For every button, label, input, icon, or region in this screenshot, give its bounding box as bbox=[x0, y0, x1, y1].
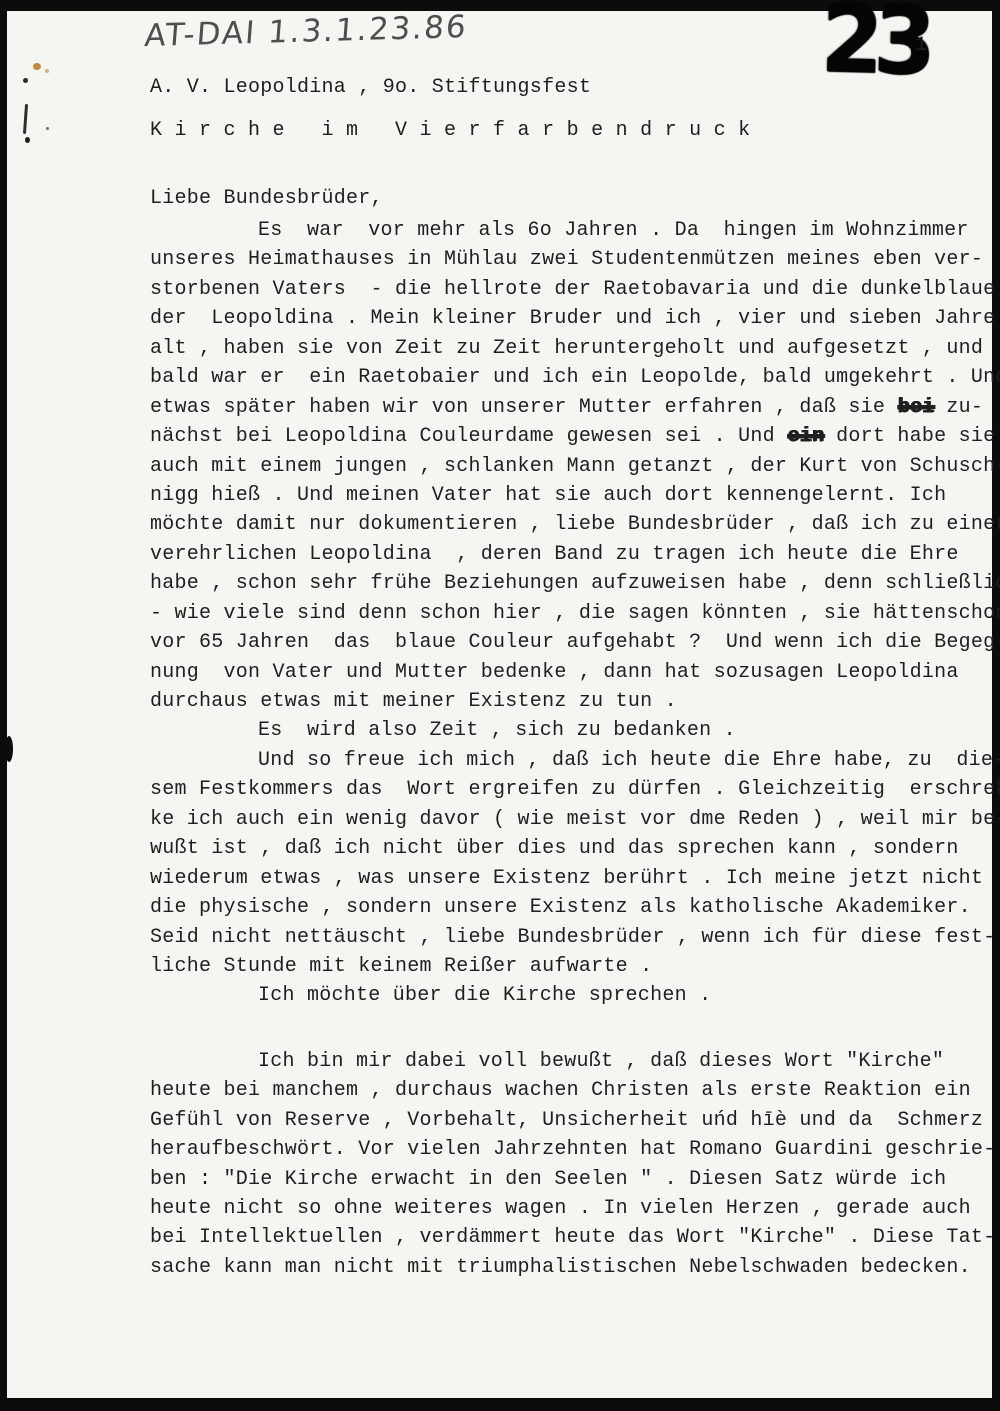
text-line: ke ich auch ein wenig davor ( wie meist … bbox=[150, 805, 998, 834]
text-line: verehrlichen Leopoldina , deren Band zu … bbox=[150, 540, 998, 569]
text-line: durchaus etwas mit meiner Existenz zu tu… bbox=[150, 687, 998, 716]
salutation-line: Liebe Bundesbrüder, bbox=[150, 187, 383, 210]
event-title-line: A. V. Leopoldina , 9o. Stiftungsfest bbox=[150, 76, 591, 99]
text-line: Ich bin mir dabei voll bewußt , daß dies… bbox=[150, 1047, 998, 1076]
scan-edge-left bbox=[0, 0, 7, 1411]
scan-edge-bottom bbox=[0, 1398, 1000, 1411]
page-number: 1 bbox=[915, 34, 927, 57]
text-line: bei Intellektuellen , verdämmert heute d… bbox=[150, 1223, 998, 1252]
struck-out-word: bei bbox=[897, 396, 934, 419]
paper-speck bbox=[33, 63, 41, 70]
archive-reference-handwritten: AT-DAI 1.3.1.23.86 bbox=[143, 9, 469, 54]
scanned-document-page: AT-DAI 1.3.1.23.86 23 1 A. V. Leopoldina… bbox=[0, 0, 1000, 1411]
text-line: Ich möchte über die Kirche sprechen . bbox=[150, 981, 998, 1010]
text-line: sache kann man nicht mit triumphalistisc… bbox=[150, 1253, 998, 1282]
text-line: heraufbeschwört. Vor vielen Jahrzehnten … bbox=[150, 1135, 998, 1164]
text-line: nigg hieß . Und meinen Vater hat sie auc… bbox=[150, 481, 998, 510]
text-line: Gefühl von Reserve , Vorbehalt, Unsicher… bbox=[150, 1106, 998, 1135]
text-line: vor 65 Jahren das blaue Couleur aufgehab… bbox=[150, 628, 998, 657]
text-line: storbenen Vaters - die hellrote der Raet… bbox=[150, 275, 998, 304]
text-line: - wie viele sind denn schon hier , die s… bbox=[150, 599, 998, 628]
page-mark-handwritten: 23 bbox=[819, 0, 927, 96]
text-line: nung von Vater und Mutter bedenke , dann… bbox=[150, 658, 998, 687]
text-line: unseres Heimathauses in Mühlau zwei Stud… bbox=[150, 245, 998, 274]
paper-speck bbox=[25, 137, 30, 143]
paper-speck bbox=[23, 78, 28, 83]
text-line: heute nicht so ohne weiteres wagen . In … bbox=[150, 1194, 998, 1223]
text-line: sem Festkommers das Wort ergreifen zu dü… bbox=[150, 775, 998, 804]
text-line: nächst bei Leopoldina Couleurdame gewese… bbox=[150, 422, 998, 451]
pen-stroke-mark bbox=[23, 104, 28, 134]
text-line: heute bei manchem , durchaus wachen Chri… bbox=[150, 1076, 998, 1105]
text-line: Es war vor mehr als 6o Jahren . Da hinge… bbox=[150, 216, 998, 245]
struck-out-word: ein bbox=[787, 425, 824, 448]
text-line: der Leopoldina . Mein kleiner Bruder und… bbox=[150, 304, 998, 333]
text-line: wiederum etwas , was unsere Existenz ber… bbox=[150, 864, 998, 893]
text-line: ben : "Die Kirche erwacht in den Seelen … bbox=[150, 1165, 998, 1194]
text-line: Und so freue ich mich , daß ich heute di… bbox=[150, 746, 998, 775]
document-body: Es war vor mehr als 6o Jahren . Da hinge… bbox=[150, 216, 998, 1282]
scan-edge-notch bbox=[5, 736, 13, 762]
text-line: bald war er ein Raetobaier und ich ein L… bbox=[150, 363, 998, 392]
text-line: liche Stunde mit keinem Reißer aufwarte … bbox=[150, 952, 998, 981]
text-line: möchte damit nur dokumentieren , liebe B… bbox=[150, 510, 998, 539]
text-line: etwas später haben wir von unserer Mutte… bbox=[150, 393, 998, 422]
document-title: K i r c h e i m V i e r f a r b e n d r … bbox=[150, 119, 750, 142]
text-line: habe , schon sehr frühe Beziehungen aufz… bbox=[150, 569, 998, 598]
text-line: auch mit einem jungen , schlanken Mann g… bbox=[150, 452, 998, 481]
text-line: Es wird also Zeit , sich zu bedanken . bbox=[150, 716, 998, 745]
text-line: alt , haben sie von Zeit zu Zeit herunte… bbox=[150, 334, 998, 363]
paper-speck bbox=[45, 69, 49, 73]
paper-speck bbox=[46, 127, 49, 130]
text-line: wußt ist , daß ich nicht über dies und d… bbox=[150, 834, 998, 863]
text-line: Seid nicht nettäuscht , liebe Bundesbrüd… bbox=[150, 923, 998, 952]
text-line: die physische , sondern unsere Existenz … bbox=[150, 893, 998, 922]
